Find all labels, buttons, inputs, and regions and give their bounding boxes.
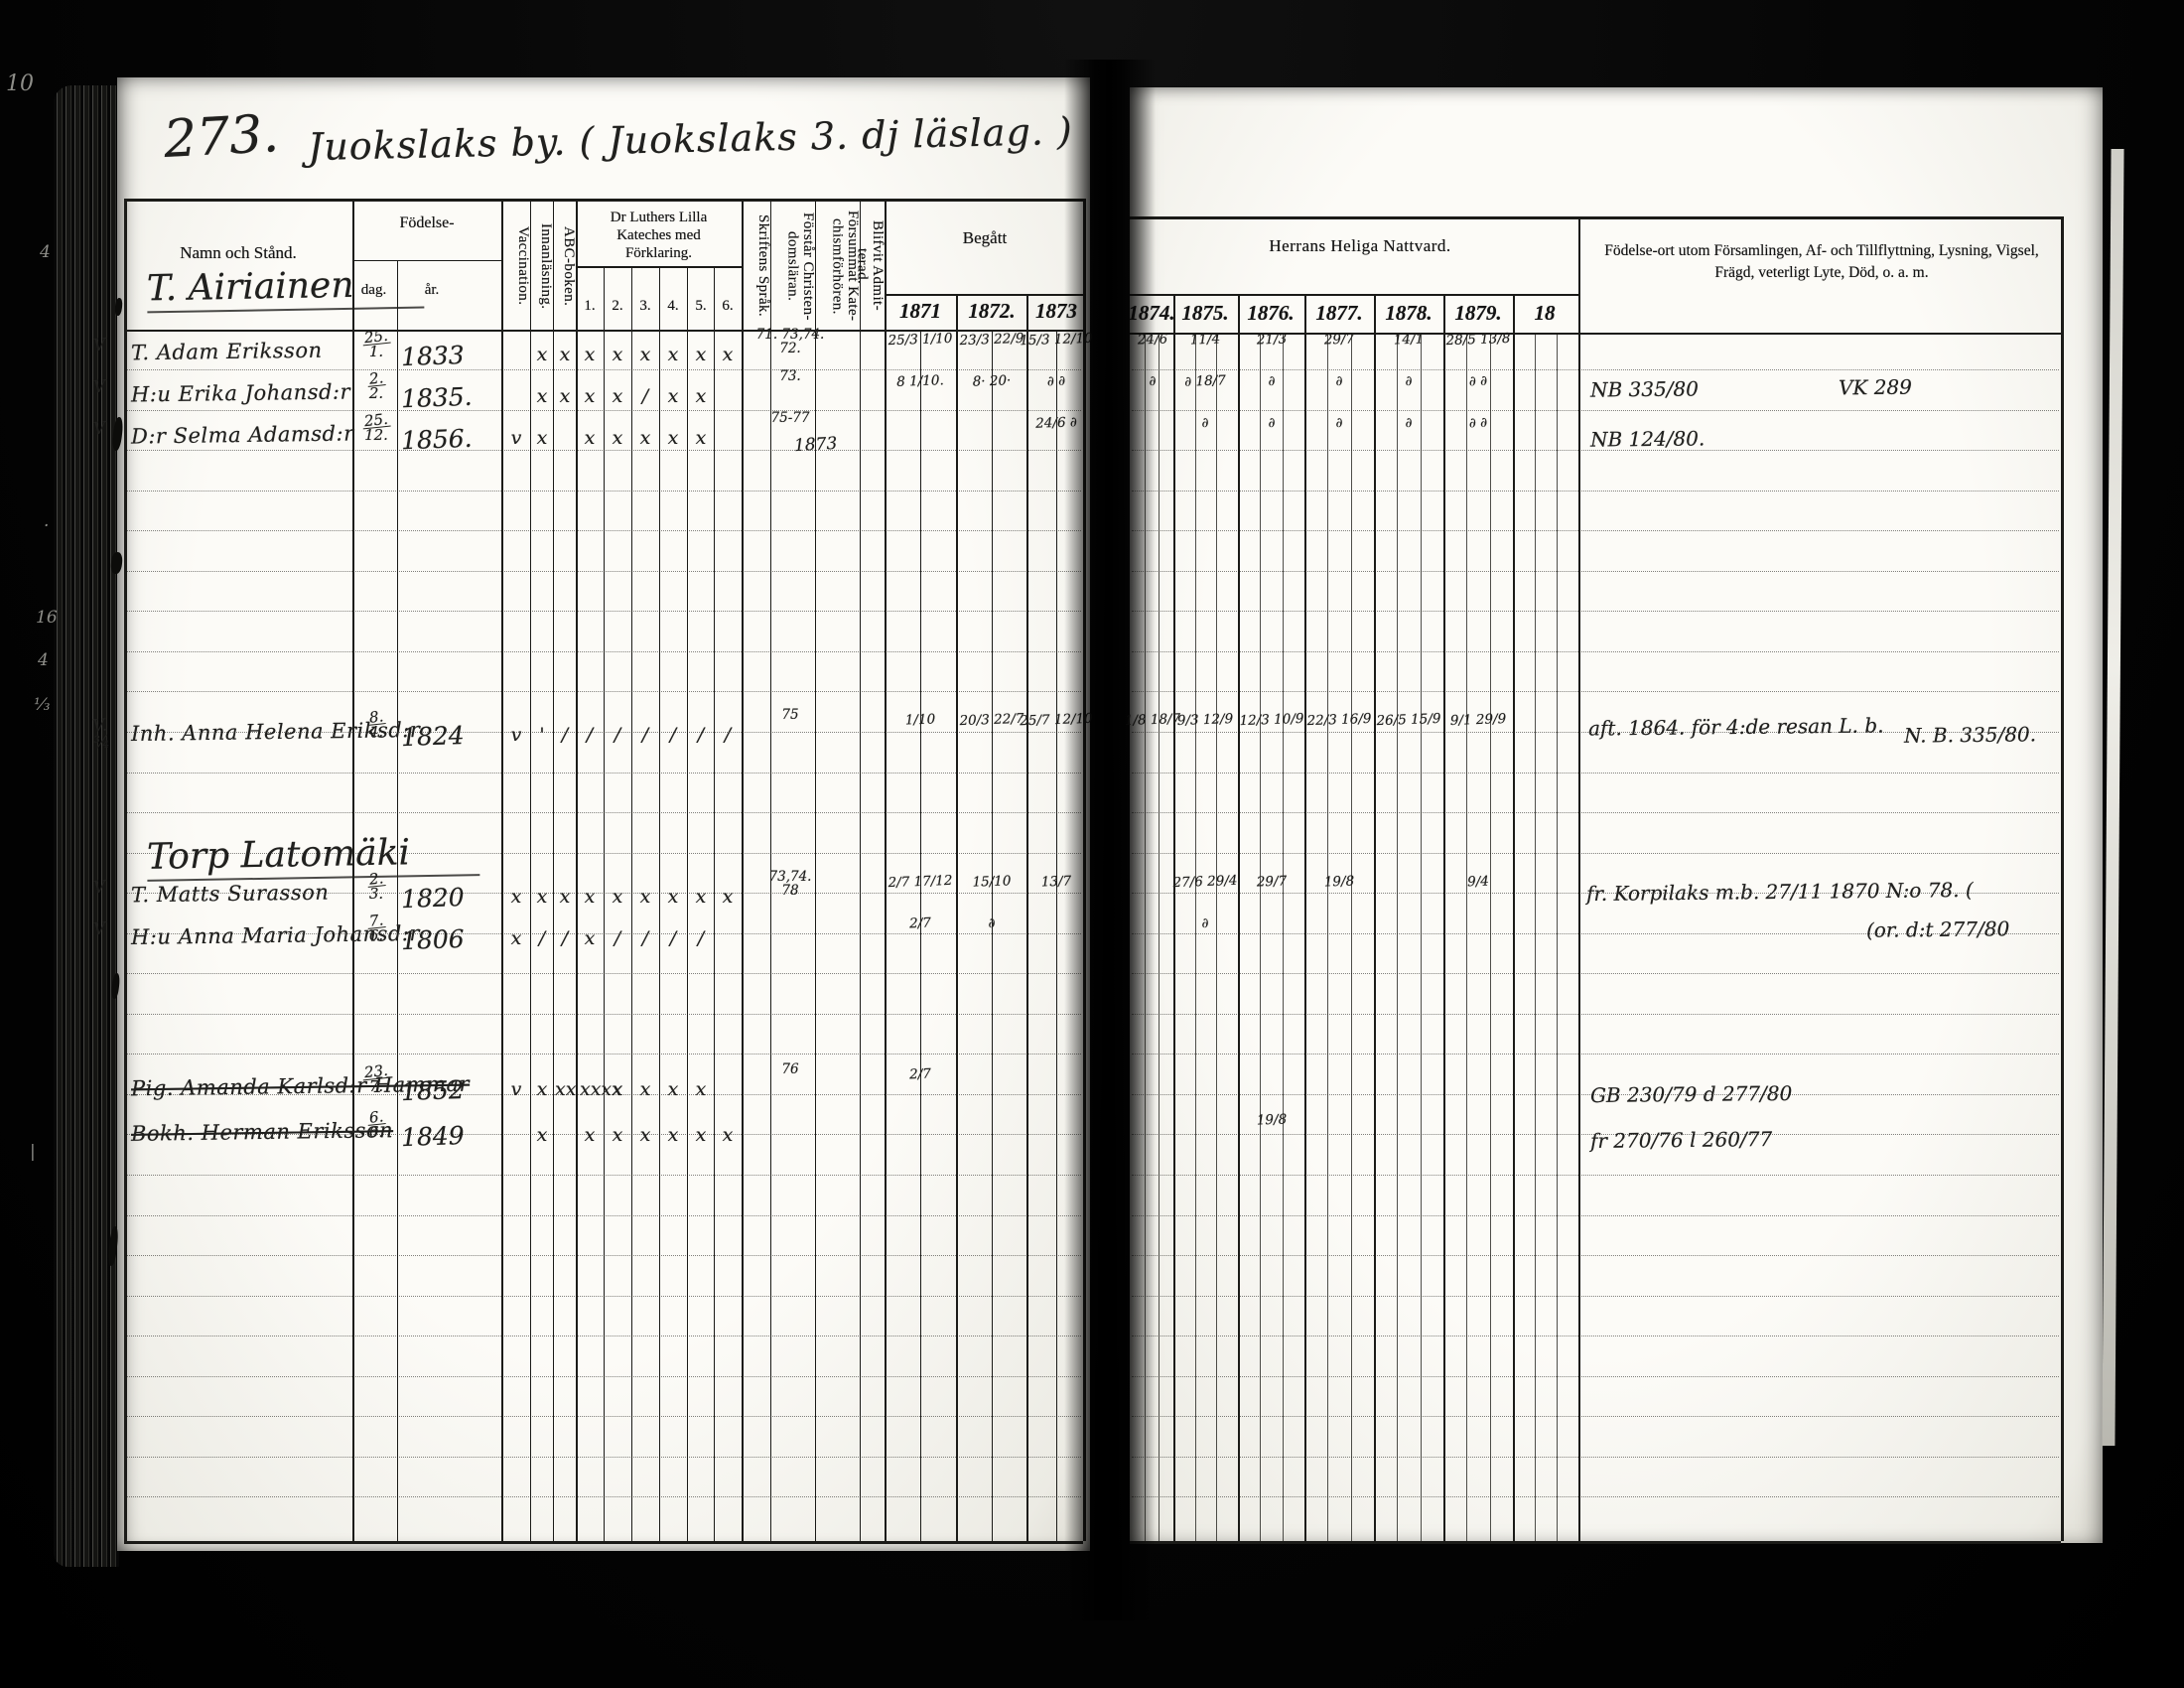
person-name: T. Adam Eriksson: [131, 339, 323, 365]
ink-blotch: [111, 973, 121, 1000]
communion-date-entry: 2/7: [883, 914, 959, 933]
birth-date: 6.6.: [353, 1110, 399, 1140]
communion-date-entry: 9/1 29/9: [1440, 711, 1517, 730]
table-column-line: [885, 199, 887, 1541]
catechism-note: 75-77: [752, 411, 828, 425]
birth-year-value: 1824: [401, 721, 466, 752]
examination-mark: x: [580, 927, 600, 949]
examination-mark: x: [691, 1124, 711, 1146]
record-note: GB 230/79 d 277/80: [1590, 1081, 1793, 1107]
table-row-line: [1132, 1175, 2059, 1176]
ink-blotch: [107, 1226, 119, 1267]
communion-date-entry: ∂: [1371, 414, 1447, 433]
vaccination-column-header: Vaccination.: [500, 204, 530, 329]
person-name: D:r Selma Adamsd:r: [131, 421, 354, 448]
row-margin-mark: V: [92, 379, 105, 397]
section-heading-label: T. Airiainen: [147, 264, 424, 314]
examination-mark: xx: [555, 1078, 575, 1100]
record-note: (or. d:t 277/80: [1866, 916, 2009, 942]
examination-mark: x: [532, 427, 552, 449]
table-row-line: [1132, 1255, 2059, 1256]
communion-date-entry: ∂: [1301, 414, 1378, 433]
margin-scribble: ⅓: [34, 695, 50, 715]
birth-month-value: 4.: [367, 725, 385, 739]
understands-column-header: Förstår Christen- domsläran.: [769, 204, 815, 329]
year-header-left: 1872.: [956, 299, 1027, 324]
communion-date-entry: ∂: [1167, 914, 1244, 933]
table-column-line: [501, 199, 503, 1541]
birth-day-value: 25.: [361, 329, 390, 347]
notes-column-header: Födelse-ort utom Församlingen, Af- och T…: [1584, 240, 2059, 285]
table-row-line: [1132, 1215, 2059, 1216]
table-column-line: [631, 266, 632, 1541]
examination-mark: x: [506, 927, 526, 949]
catechism-number-header: 3.: [633, 298, 657, 315]
birth-year-value: 1852: [401, 1075, 466, 1106]
table-row-line: [1132, 1054, 2059, 1055]
year-subcolumn-line: [1397, 333, 1398, 1541]
year-header-right: 1879.: [1442, 301, 1514, 326]
examination-mark: x: [635, 344, 655, 365]
examination-mark: /: [580, 724, 600, 746]
examination-mark: x: [691, 886, 711, 908]
year-header-right: 1877.: [1303, 301, 1375, 326]
birth-year-value: 1849: [401, 1121, 466, 1152]
table-row-line: [1132, 651, 2059, 652]
table-row-line: [1132, 691, 2059, 692]
table-rule-line: [1130, 294, 1578, 296]
examination-mark: x: [532, 1124, 552, 1146]
year-header-right: 1878.: [1373, 301, 1444, 326]
communion-date-entry: ∂ ∂: [1440, 414, 1517, 433]
communion-date-entry: 21/3: [1234, 331, 1310, 350]
record-note: aft. 1864. för 4:de resan L. b.: [1588, 713, 1884, 740]
birth-month-value: 2.: [367, 386, 385, 400]
examination-mark: x: [506, 886, 526, 908]
communion-date-entry: ∂ 18/7: [1167, 372, 1244, 391]
birth-column-header: Födelse-: [352, 214, 501, 232]
examination-mark: x: [608, 1078, 627, 1100]
examination-mark: v: [506, 724, 526, 746]
communion-label-right: Herrans Heliga Nattvard.: [1142, 236, 1578, 256]
communion-date-entry: 13/7: [1019, 873, 1095, 892]
year-subcolumn-line: [1216, 333, 1217, 1541]
examination-mark: v: [506, 1078, 526, 1100]
year-header-right: 1875.: [1169, 301, 1241, 326]
examination-mark: x: [663, 886, 683, 908]
birth-month-value: 1.: [367, 345, 385, 358]
table-rule-line: [576, 266, 742, 268]
row-margin-mark: V: [92, 338, 105, 355]
examination-mark: x: [608, 385, 627, 407]
communion-date-entry: ∂: [1167, 414, 1244, 433]
examination-mark: x: [663, 427, 683, 449]
catechism-number-header: 6.: [716, 298, 740, 315]
communion-date-entry: 19/8: [1234, 1111, 1310, 1130]
examination-mark: x: [555, 886, 575, 908]
table-rule-line: [352, 260, 501, 261]
communion-date-entry: ∂: [1234, 414, 1310, 433]
communion-date-entry: 12/3 10/9: [1234, 711, 1310, 730]
table-row-line: [1132, 491, 2059, 492]
birth-day-value: 23.: [361, 1063, 390, 1081]
examination-mark: x: [608, 1124, 627, 1146]
year-subcolumn-line: [1557, 333, 1558, 1541]
birth-date: 23.7.: [353, 1064, 399, 1094]
communion-date-entry: 8 1/10.: [883, 372, 959, 391]
examination-mark: x: [718, 886, 738, 908]
table-column-line: [1443, 294, 1445, 1541]
examination-mark: x: [635, 1124, 655, 1146]
margin-scribble: 4: [38, 650, 49, 670]
row-margin-mark: V: [92, 880, 105, 898]
year-subcolumn-line: [1260, 333, 1261, 1541]
examination-mark: /: [635, 927, 655, 949]
examination-mark: x: [532, 1078, 552, 1100]
admitted-year-value: 1873: [794, 434, 838, 456]
examination-mark: /: [663, 724, 683, 746]
examination-mark: x: [691, 385, 711, 407]
birth-date: 7.6.: [353, 914, 399, 943]
examination-mark: x: [580, 1124, 600, 1146]
examination-mark: x: [663, 385, 683, 407]
table-row-line: [1132, 1336, 2059, 1336]
examination-mark: /: [691, 724, 711, 746]
examination-mark: /: [555, 927, 575, 949]
examination-mark: x: [663, 1124, 683, 1146]
record-note: VK 289: [1839, 375, 1912, 400]
communion-date-entry: ∂: [954, 914, 1030, 933]
table-row-line: [1132, 853, 2059, 854]
year-subcolumn-line: [1351, 333, 1352, 1541]
communion-date-entry: 19/8: [1301, 873, 1378, 892]
table-row-line: [1132, 812, 2059, 813]
examination-mark: x: [532, 385, 552, 407]
communion-date-entry: 27/6 29/4: [1167, 873, 1244, 892]
record-note: N. B. 335/80.: [1904, 722, 2036, 747]
examination-mark: x: [663, 1078, 683, 1100]
record-note: fr. Korpilaks m.b. 27/11 1870 N:o 78. (: [1586, 878, 1974, 906]
communion-date-entry: ∂ ∂: [1440, 372, 1517, 391]
examination-mark: x: [691, 427, 711, 449]
table-column-line: [659, 266, 660, 1541]
year-subcolumn-line: [1535, 333, 1536, 1541]
birth-month-value: 7.: [367, 1079, 385, 1093]
table-column-line: [860, 199, 861, 1541]
communion-label-left: Begått: [887, 228, 1083, 248]
examination-mark: /: [691, 927, 711, 949]
examination-mark: x: [580, 344, 600, 365]
table-column-line: [1578, 216, 1580, 1541]
catechism-note: 73.: [752, 369, 828, 383]
table-row-line: [1132, 1014, 2059, 1015]
scripture-column-header: Skriftens Språk.: [741, 204, 770, 329]
table-row-line: [1132, 571, 2059, 572]
communion-date-entry: 2/7: [883, 1065, 959, 1084]
catechism-note: 76: [752, 1062, 828, 1076]
ink-blotch: [114, 298, 123, 317]
examination-mark: x: [555, 344, 575, 365]
communion-date-entry: 2/7 17/12: [883, 873, 959, 892]
birth-month-value: 3.: [367, 887, 385, 901]
communion-date-entry: 28/5 13/8: [1440, 331, 1517, 350]
communion-date-entry: 24/6 ∂: [1019, 414, 1095, 433]
communion-date-entry: 25/7 12/10: [1019, 711, 1095, 730]
table-row-line: [1132, 1457, 2059, 1458]
table-column-line: [1513, 294, 1515, 1541]
table-rule-line: [1130, 216, 2061, 219]
examination-mark: x: [718, 344, 738, 365]
table-row-line: [1132, 410, 2059, 411]
birth-day-value: 2.: [366, 370, 386, 387]
birth-year-value: 1835.: [401, 382, 474, 413]
birth-day-value: 6.: [366, 1109, 386, 1126]
communion-date-entry: 9/4: [1440, 873, 1517, 892]
examination-mark: x: [608, 427, 627, 449]
birth-date: 2.3.: [353, 872, 399, 902]
catechism-number-header: 4.: [661, 298, 685, 315]
year-subcolumn-line: [1145, 333, 1146, 1541]
table-rule-line: [124, 199, 1083, 202]
examination-mark: /: [635, 724, 655, 746]
year-header-left: 1873: [1021, 299, 1092, 324]
communion-date-entry: ∂: [1301, 372, 1378, 391]
year-subcolumn-line: [1327, 333, 1328, 1541]
birth-year-value: 1806: [401, 924, 466, 955]
abc-book-column-header: ABC-boken.: [552, 204, 576, 329]
birth-date: 8.4.: [353, 710, 399, 740]
record-note: fr 270/76 l 260/77: [1590, 1127, 1772, 1153]
examination-mark: /: [635, 385, 655, 407]
examination-mark: x: [580, 427, 600, 449]
examination-mark: x: [635, 427, 655, 449]
table-column-line: [576, 199, 578, 1541]
examination-mark: x: [608, 344, 627, 365]
margin-scribble: |: [30, 1142, 36, 1162]
table-row-line: [1132, 1496, 2059, 1497]
margin-scribble: 16: [36, 608, 58, 628]
margin-scribble: ·: [44, 516, 49, 536]
table-column-line: [992, 330, 993, 1541]
birth-year-value: 1833: [401, 341, 466, 371]
table-column-line: [2061, 216, 2064, 1541]
birth-year-value: 1820: [401, 883, 466, 914]
row-margin-mark: V: [92, 421, 105, 439]
year-subcolumn-line: [1195, 333, 1196, 1541]
communion-date-entry: 29/7: [1234, 873, 1310, 892]
table-row-line: [1132, 611, 2059, 612]
communion-date-entry: ∂: [1371, 372, 1447, 391]
examination-mark: x: [608, 886, 627, 908]
year-subcolumn-line: [1283, 333, 1284, 1541]
birth-day-value: 7.: [366, 913, 386, 929]
birth-month-value: 12.: [362, 428, 390, 442]
table-rule-line: [885, 294, 1083, 296]
table-column-line: [742, 199, 744, 1541]
table-column-line: [687, 266, 688, 1541]
table-row-line: [1132, 369, 2059, 370]
year-subcolumn-line: [1490, 333, 1491, 1541]
examination-mark: x: [532, 344, 552, 365]
examination-mark: /: [718, 724, 738, 746]
examination-mark: x: [635, 886, 655, 908]
table-row-line: [1132, 773, 2059, 774]
table-column-line: [920, 330, 921, 1541]
table-column-line: [714, 266, 715, 1541]
ink-blotch: [110, 551, 123, 574]
table-row-line: [1132, 973, 2059, 974]
record-note: NB 335/80: [1590, 376, 1699, 401]
section-heading: Torp Latomäki: [147, 834, 479, 879]
admitted-column-header: Blifvit Admit- terad.: [859, 204, 885, 329]
catechism-column-header: Dr Luthers Lilla Kateches med Förklaring…: [576, 209, 742, 262]
page-number: 273.: [163, 104, 281, 170]
communion-date-entry: 26/5 15/9: [1371, 711, 1447, 730]
communion-date-entry: 29/7: [1301, 331, 1378, 350]
table-column-line: [530, 199, 531, 1541]
examination-mark: x: [580, 385, 600, 407]
communion-date-entry: 9/3 12/9: [1167, 711, 1244, 730]
person-name: H:u Erika Johansd:r: [131, 379, 350, 406]
catechism-note: 71. 73,74. 72.: [752, 328, 828, 355]
examination-mark: ': [532, 724, 552, 746]
year-header-right: 18: [1509, 301, 1580, 326]
communion-date-entry: ∂: [1234, 372, 1310, 391]
examination-mark: x: [691, 1078, 711, 1100]
table-row-line: [1132, 1296, 2059, 1297]
table-column-line: [124, 199, 127, 1541]
communion-date-entry: 11/4: [1167, 331, 1244, 350]
examination-mark: /: [608, 927, 627, 949]
examination-mark: x: [532, 886, 552, 908]
catechism-number-header: 2.: [606, 298, 629, 315]
year-subcolumn-line: [1466, 333, 1467, 1541]
margin-scribble: 4: [40, 242, 51, 262]
examination-mark: /: [532, 927, 552, 949]
communion-date-entry: 15/3 12/10: [1019, 331, 1095, 350]
year-subcolumn-line: [1421, 333, 1422, 1541]
table-column-line: [1056, 330, 1057, 1541]
examination-mark: x: [718, 1124, 738, 1146]
examination-mark: x: [691, 344, 711, 365]
table-row-line: [1132, 530, 2059, 531]
examination-mark: /: [555, 724, 575, 746]
communion-date-entry: 1/10: [883, 711, 959, 730]
communion-date-entry: 14/1: [1371, 331, 1447, 350]
catechism-number-header: 5.: [689, 298, 713, 315]
table-column-line: [604, 266, 605, 1541]
birth-day-value: 25.: [361, 412, 390, 430]
examination-mark: x: [555, 385, 575, 407]
table-row-line: [1132, 1416, 2059, 1417]
table-rule-line: [1130, 1541, 2061, 1544]
birth-month-value: 6.: [367, 928, 385, 942]
name-column-header: Namn och Stånd.: [124, 243, 352, 263]
birth-date: 25.12.: [353, 413, 399, 443]
catechism-note: 73,74. 78: [752, 870, 828, 898]
examination-mark: x: [635, 1078, 655, 1100]
birth-date: 25.1.: [353, 330, 399, 359]
examination-mark: xxxx: [580, 1078, 600, 1100]
section-heading-label: Torp Latomäki: [147, 831, 480, 882]
birth-year-value: 1856.: [401, 424, 474, 455]
catechism-number-header: 1.: [578, 298, 602, 315]
row-margin-mark: V. ¾: [92, 717, 111, 752]
examination-mark: x: [663, 344, 683, 365]
examination-mark: /: [663, 927, 683, 949]
year-header-left: 1871: [885, 299, 956, 324]
examination-mark: x: [580, 886, 600, 908]
table-rule-line: [124, 1541, 1083, 1544]
record-note: NB 124/80.: [1590, 426, 1706, 451]
examination-mark: /: [608, 724, 627, 746]
year-header-right: 1876.: [1235, 301, 1306, 326]
person-name: T. Matts Surasson: [131, 881, 330, 908]
catechism-note: 75: [752, 708, 828, 722]
table-column-line: [553, 199, 554, 1541]
reading-column-header: Innanläsning.: [529, 204, 553, 329]
communion-date-entry: ∂ ∂: [1019, 372, 1095, 391]
examination-mark: v: [506, 427, 526, 449]
table-column-line: [1083, 199, 1086, 1541]
communion-date-entry: 25/3 1/10: [883, 331, 959, 350]
row-margin-mark: V: [92, 921, 105, 939]
table-column-line: [1374, 294, 1376, 1541]
birth-day-value: 2.: [366, 871, 386, 888]
table-column-line: [1304, 294, 1306, 1541]
communion-date-entry: 22/3 16/9: [1301, 711, 1378, 730]
church-record-book-scan: 10 273. Juokslaks by. ( Juokslaks 3. dj …: [0, 0, 2184, 1688]
corner-annotation: 10: [6, 71, 34, 96]
birth-date: 2.2.: [353, 371, 399, 401]
birth-month-value: 6.: [367, 1125, 385, 1139]
year-subcolumn-line: [1159, 333, 1160, 1541]
birth-day-value: 8.: [366, 709, 386, 726]
ink-blotch: [111, 417, 124, 452]
table-row-line: [1132, 1376, 2059, 1377]
section-heading: T. Airiainen: [147, 266, 424, 311]
